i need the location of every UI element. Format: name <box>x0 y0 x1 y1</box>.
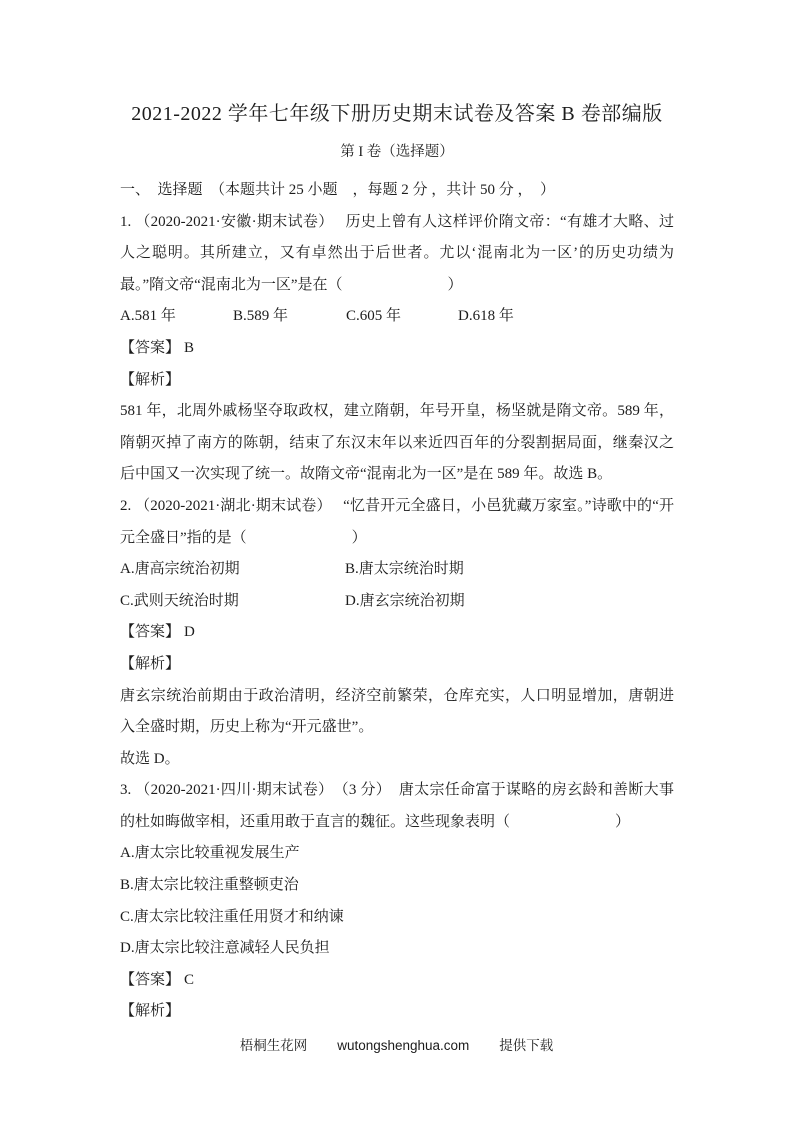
document-page: 2021-2022 学年七年级下册历史期末试卷及答案 B 卷部编版 第 I 卷（… <box>0 0 793 1122</box>
footer-site-url: wutongshenghua.com <box>337 1036 469 1056</box>
question-1-option-b: B.589 年 <box>233 301 346 333</box>
question-1-analysis-label: 【解析】 <box>120 365 674 397</box>
question-1-option-d: D.618 年 <box>458 301 674 333</box>
section-heading: 一、 选择题 （本题共计 25 小题 ，每题 2 分 ，共计 50 分 ， ） <box>120 175 674 207</box>
question-3-option-d: D.唐太宗比较注意减轻人民负担 <box>120 933 674 965</box>
question-block-2: 2. （2020-2021·湖北·期末试卷） “忆昔开元全盛日，小邑犹藏万家室。… <box>120 491 674 775</box>
question-3-option-b: B.唐太宗比较注重整顿吏治 <box>120 870 674 902</box>
question-3-option-a: A.唐太宗比较重视发展生产 <box>120 838 674 870</box>
question-2-option-c: C.武则天统治时期 <box>120 586 345 618</box>
footer-site-name: 梧桐生花网 <box>240 1036 308 1056</box>
question-1-answer-line: 【答案】B <box>120 333 674 365</box>
question-1-options: A.581 年 B.589 年 C.605 年 D.618 年 <box>120 301 674 333</box>
question-2-analysis-label: 【解析】 <box>120 649 674 681</box>
answer-label: 【答案】 <box>120 972 180 988</box>
question-2-option-d: D.唐玄宗统治初期 <box>345 586 674 618</box>
question-1-option-c: C.605 年 <box>346 301 458 333</box>
paper-part-heading: 第 I 卷（选择题） <box>120 141 674 163</box>
answer-value: C <box>184 972 194 988</box>
document-title: 2021-2022 学年七年级下册历史期末试卷及答案 B 卷部编版 <box>120 99 674 129</box>
answer-label: 【答案】 <box>120 340 180 356</box>
question-2-answer-line: 【答案】D <box>120 617 674 649</box>
footer-download-note: 提供下载 <box>499 1036 553 1056</box>
question-1-analysis-text: 581 年，北周外戚杨坚夺取政权，建立隋朝，年号开皇，杨坚就是隋文帝。589 年… <box>120 396 674 491</box>
question-2-analysis-conclusion: 故选 D。 <box>120 744 674 776</box>
question-3-analysis-label: 【解析】 <box>120 996 674 1028</box>
question-2-analysis-text: 唐玄宗统治前期由于政治清明，经济空前繁荣，仓库充实，人口明显增加，唐朝进入全盛时… <box>120 681 674 744</box>
question-1-stem: 1. （2020-2021·安徽·期末试卷） 历史上曾有人这样评价隋文帝：“有雄… <box>120 207 674 302</box>
answer-value: D <box>184 624 195 640</box>
document-content: 2021-2022 学年七年级下册历史期末试卷及答案 B 卷部编版 第 I 卷（… <box>120 0 674 1028</box>
question-2-stem: 2. （2020-2021·湖北·期末试卷） “忆昔开元全盛日，小邑犹藏万家室。… <box>120 491 674 554</box>
question-3-options: A.唐太宗比较重视发展生产 B.唐太宗比较注重整顿吏治 C.唐太宗比较注重任用贤… <box>120 838 674 964</box>
question-2-options: A.唐高宗统治初期 B.唐太宗统治时期 C.武则天统治时期 D.唐玄宗统治初期 <box>120 554 674 617</box>
question-block-1: 1. （2020-2021·安徽·期末试卷） 历史上曾有人这样评价隋文帝：“有雄… <box>120 207 674 491</box>
question-3-stem: 3. （2020-2021·四川·期末试卷） （3 分） 唐太宗任命富于谋略的房… <box>120 775 674 838</box>
question-block-3: 3. （2020-2021·四川·期末试卷） （3 分） 唐太宗任命富于谋略的房… <box>120 775 674 1028</box>
page-footer: 梧桐生花网 wutongshenghua.com 提供下载 <box>0 1036 793 1056</box>
question-3-answer-line: 【答案】C <box>120 965 674 997</box>
question-3-option-c: C.唐太宗比较注重任用贤才和纳谏 <box>120 902 674 934</box>
answer-value: B <box>184 340 194 356</box>
question-2-option-a: A.唐高宗统治初期 <box>120 554 345 586</box>
answer-label: 【答案】 <box>120 624 180 640</box>
question-1-option-a: A.581 年 <box>120 301 233 333</box>
question-2-option-b: B.唐太宗统治时期 <box>345 554 674 586</box>
